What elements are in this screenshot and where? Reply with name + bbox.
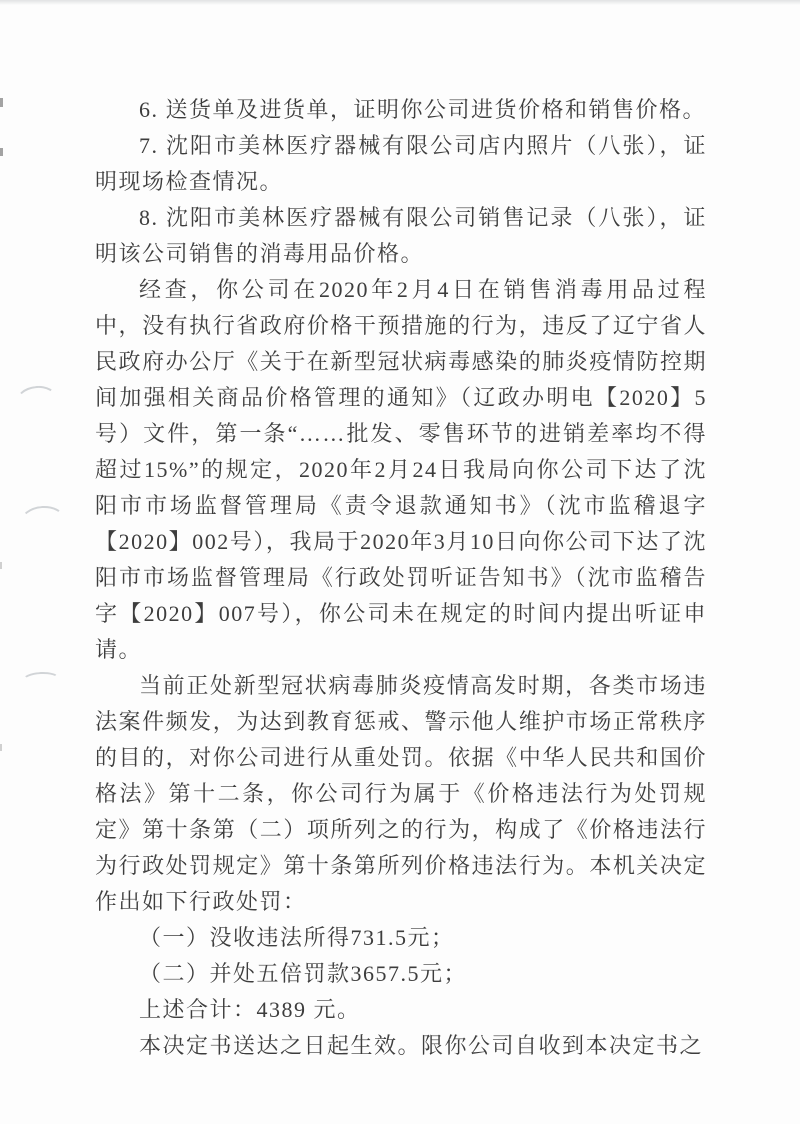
penalty-item-2: （二）并处五倍罚款3657.5元； bbox=[95, 956, 707, 992]
evidence-item-6: 6. 送货单及进货单，证明你公司进货价格和销售价格。 bbox=[95, 92, 707, 128]
findings-paragraph: 经查，你公司在2020年2月4日在销售消毒用品过程中，没有执行省政府价格干预措施… bbox=[95, 272, 707, 668]
penalty-total: 上述合计：4389 元。 bbox=[95, 992, 707, 1028]
scan-speck bbox=[0, 98, 3, 107]
binding-mark-middle bbox=[19, 504, 67, 539]
binding-mark-bottom bbox=[22, 671, 61, 689]
evidence-item-7: 7. 沈阳市美林医疗器械有限公司店内照片（八张），证明现场检查情况。 bbox=[95, 128, 707, 200]
penalty-basis-paragraph: 当前正处新型冠状病毒肺炎疫情高发时期，各类市场违法案件频发，为达到教育惩戒、警示… bbox=[95, 668, 707, 920]
scan-speck bbox=[0, 148, 3, 156]
effective-notice: 本决定书送达之日起生效。限你公司自收到本决定书之 bbox=[95, 1028, 707, 1064]
scan-speck bbox=[0, 744, 2, 751]
binding-mark-top bbox=[15, 384, 60, 418]
scan-speck bbox=[0, 562, 2, 569]
document-page: 6. 送货单及进货单，证明你公司进货价格和销售价格。 7. 沈阳市美林医疗器械有… bbox=[0, 0, 800, 1124]
document-body: 6. 送货单及进货单，证明你公司进货价格和销售价格。 7. 沈阳市美林医疗器械有… bbox=[95, 92, 707, 1064]
evidence-item-8: 8. 沈阳市美林医疗器械有限公司销售记录（八张），证明该公司销售的消毒用品价格。 bbox=[95, 200, 707, 272]
penalty-item-1: （一）没收违法所得731.5元； bbox=[95, 920, 707, 956]
scan-edge-top bbox=[0, 0, 800, 5]
